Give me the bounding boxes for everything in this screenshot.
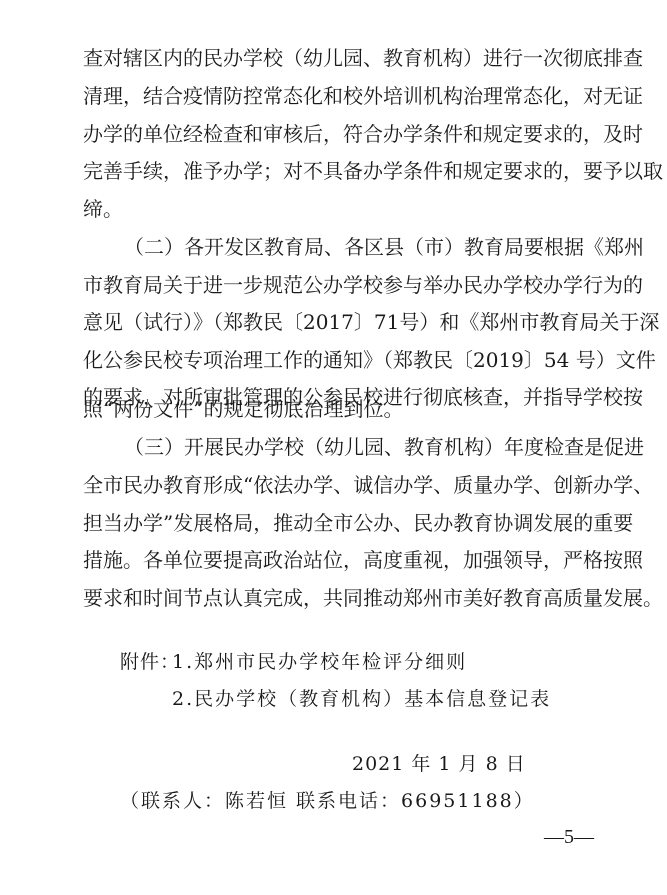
paragraph-line: 缔。 xyxy=(83,196,583,222)
contact-info: （联系人：陈若恒 联系电话：66951188） xyxy=(120,788,535,814)
paragraph-line: 全市民办教育形成“依法办学、诚信办学、质量办学、创新办学、 xyxy=(83,472,583,498)
paragraph-line: 意见（试行）》（郑教民〔2017〕71号）和《郑州市教育局关于深 xyxy=(83,309,583,335)
paragraph-line: 措施。各单位要提高政治站位，高度重视，加强领导，严格按照 xyxy=(83,547,583,573)
attachments-label: 附件： xyxy=(120,649,180,675)
attachment-item-2: 2.民办学校（教育机构）基本信息登记表 xyxy=(172,686,551,712)
section-3-heading-line: （三）开展民办学校（幼儿园、教育机构）年度检查是促进 xyxy=(124,434,583,460)
section-2-heading-line: （二）各开发区教育局、各区县（市）教育局要根据《郑州 xyxy=(124,234,583,260)
paragraph-line: 清理，结合疫情防控常态化和校外培训机构治理常态化，对无证 xyxy=(83,83,583,109)
paragraph-line: 担当办学”发展格局，推动全市公办、民办教育协调发展的重要 xyxy=(83,510,583,536)
paragraph-line: 查对辖区内的民办学校（幼儿园、教育机构）进行一次彻底排查 xyxy=(83,45,583,71)
paragraph-line: 化公参民校专项治理工作的通知》（郑教民〔2019〕54 号）文件 xyxy=(83,347,583,373)
paragraph-line: 办学的单位经检查和审核后，符合办学条件和规定要求的，及时 xyxy=(83,121,583,147)
attachment-item-1: 1.郑州市民办学校年检评分细则 xyxy=(172,649,467,675)
paragraph-line: 完善手续，准予办学；对不具备办学条件和规定要求的，要予以取 xyxy=(83,158,583,184)
paragraph-line: 要求和时间节点认真完成，共同推动郑州市美好教育高质量发展。 xyxy=(83,585,583,611)
paragraph-line: 照“两份文件”的规定彻底治理到位。 xyxy=(83,396,583,422)
page-number: —5— xyxy=(544,826,594,848)
document-page: 查对辖区内的民办学校（幼儿园、教育机构）进行一次彻底排查 清理，结合疫情防控常态… xyxy=(0,0,667,895)
document-date: 2021 年 1 月 8 日 xyxy=(352,751,526,777)
paragraph-line: 市教育局关于进一步规范公办学校参与举办民办学校办学行为的 xyxy=(83,272,583,298)
